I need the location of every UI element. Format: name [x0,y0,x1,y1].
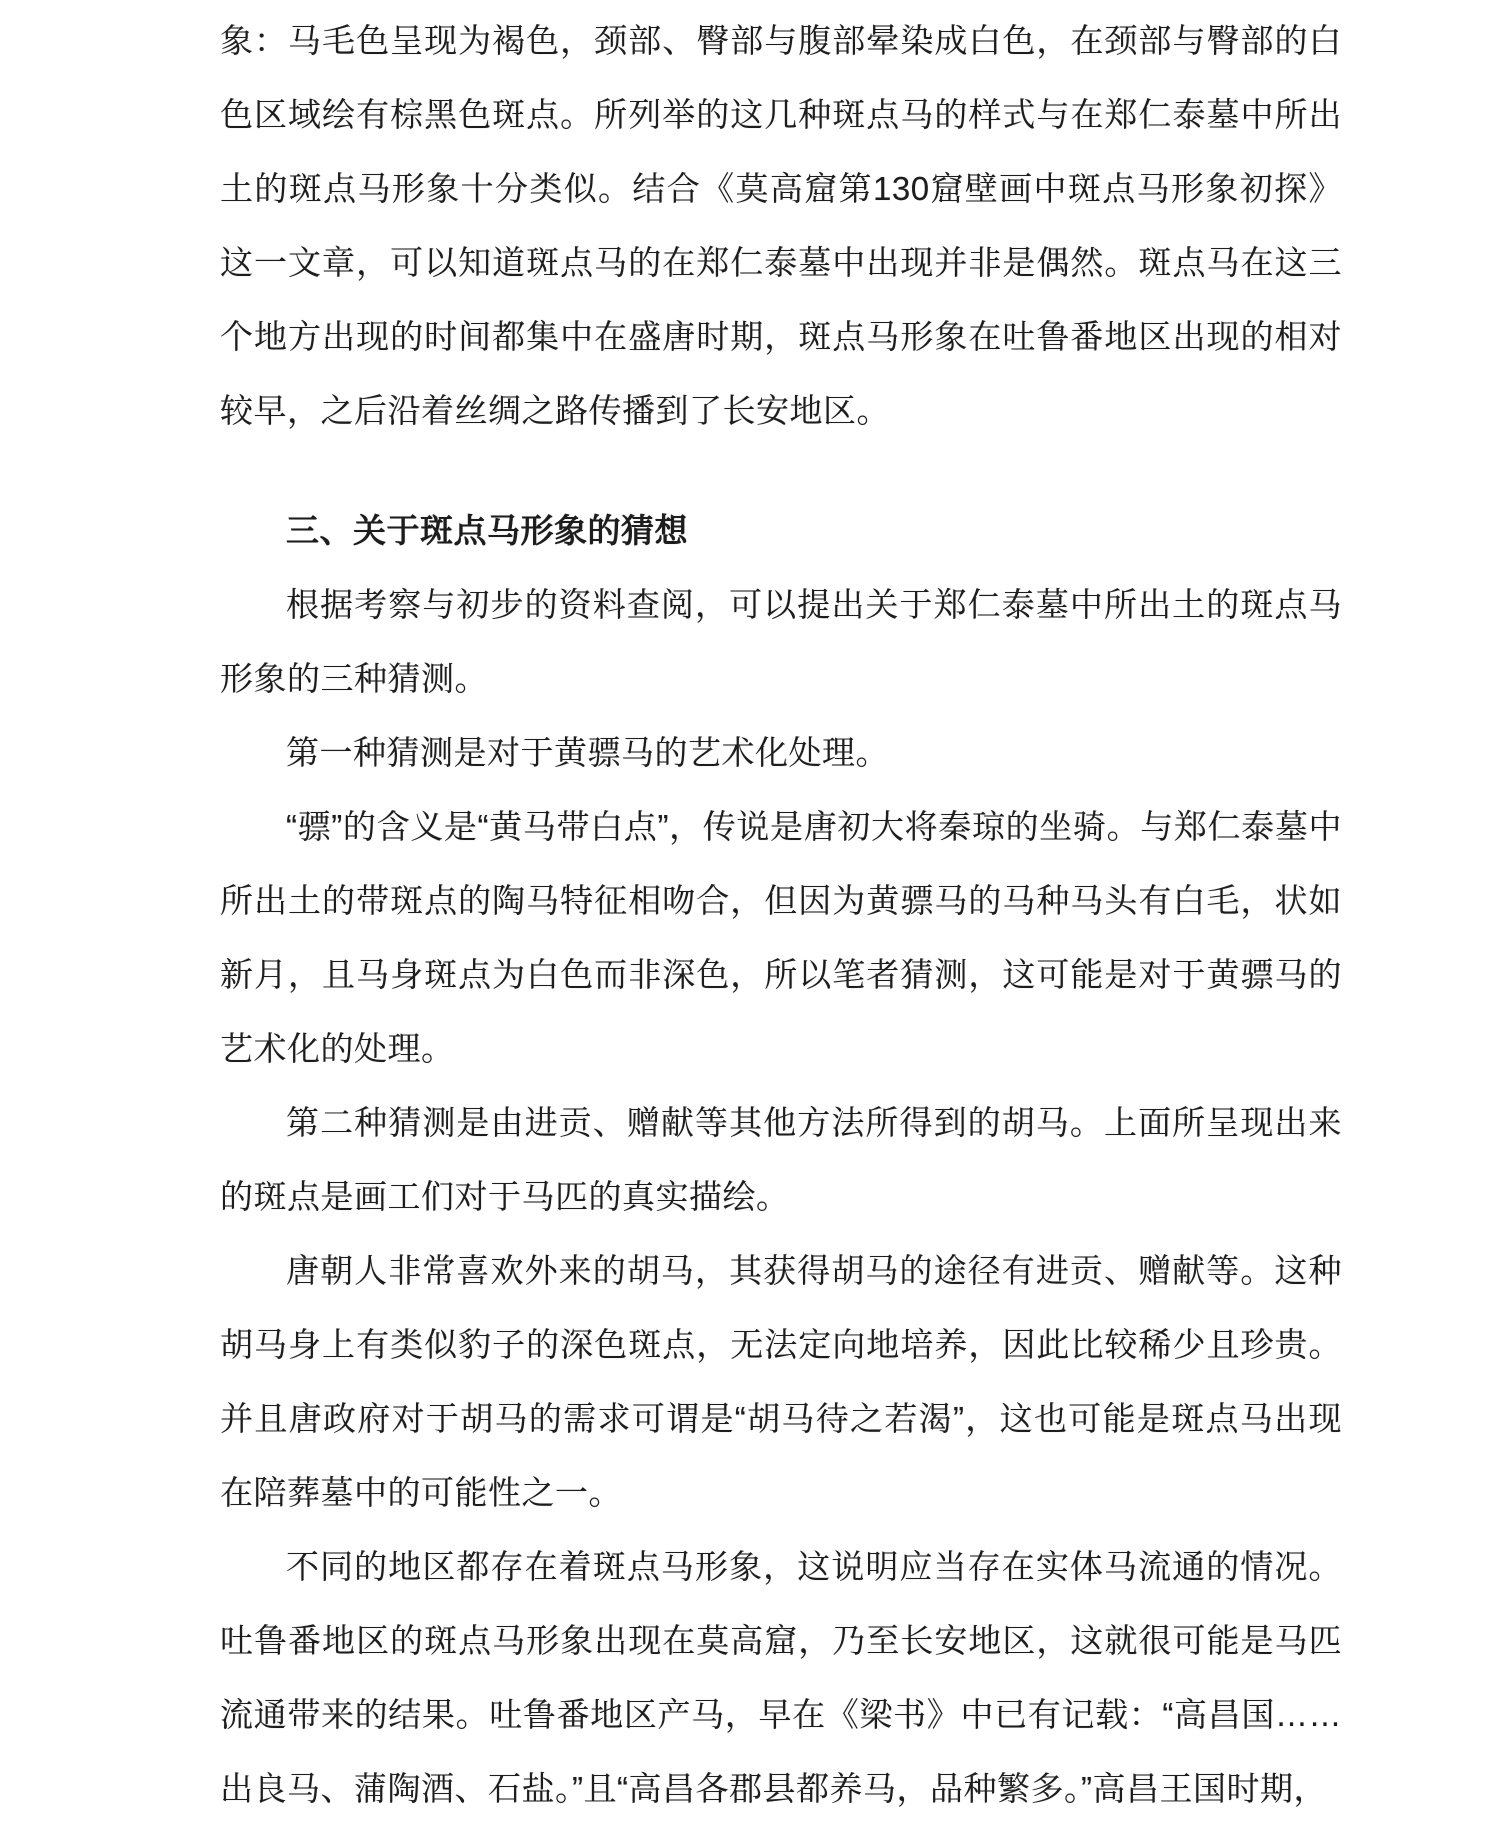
paragraph-tang-huma: 唐朝人非常喜欢外来的胡马，其获得胡马的途径有进贡、赠献等。这种胡马身上有类似豹子… [220,1234,1342,1530]
paragraph-three-guesses-intro: 根据考察与初步的资料查阅，可以提出关于郑仁泰墓中所出土的斑点马形象的三种猜测。 [220,568,1342,716]
paragraph-first-guess: 第一种猜测是对于黄骠马的艺术化处理。 [220,716,1342,790]
paragraph-continuation: 象：马毛色呈现为褐色，颈部、臀部与腹部晕染成白色，在颈部与臀部的白色区域绘有棕黑… [220,4,1342,448]
essay-page: 象：马毛色呈现为褐色，颈部、臀部与腹部晕染成白色，在颈部与臀部的白色区域绘有棕黑… [0,0,1500,1833]
paragraph-horse-circulation: 不同的地区都存在着斑点马形象，这说明应当存在实体马流通的情况。吐鲁番地区的斑点马… [220,1530,1342,1826]
document-page: { "page": { "background": "#ffffff", "te… [0,0,1500,1833]
paragraph-second-guess: 第二种猜测是由进贡、赠献等其他方法所得到的胡马。上面所呈现出来的斑点是画工们对于… [220,1086,1342,1234]
paragraph-biao-meaning: “骠”的含义是“黄马带白点”，传说是唐初大将秦琼的坐骑。与郑仁泰墓中所出土的带斑… [220,790,1342,1086]
section-heading-guesses: 三、关于斑点马形象的猜想 [220,494,1342,568]
